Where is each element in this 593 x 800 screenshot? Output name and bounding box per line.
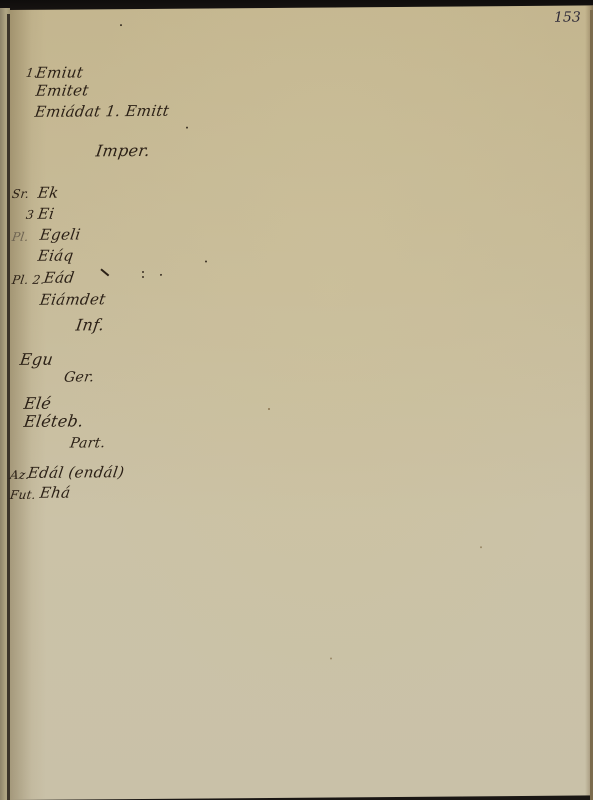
handwritten-line: Edál (endál) <box>27 463 126 482</box>
ink-speck <box>142 276 144 278</box>
handwritten-line: Eád <box>43 268 76 286</box>
section-heading-infinitive: Inf. <box>75 315 106 334</box>
ink-speck <box>160 274 162 276</box>
manuscript-page: 153 1. Emiut Emitet Emiádat 1. Emitt Imp… <box>10 5 593 800</box>
paper-stain <box>268 408 270 410</box>
line-label: Sr. <box>11 187 30 201</box>
ink-speck <box>142 271 144 273</box>
handwritten-line: Emitet <box>35 81 90 99</box>
section-heading-imperative: Imper. <box>95 141 152 160</box>
handwritten-line: Eléteb. <box>23 411 85 430</box>
section-heading-gerund: Ger. <box>63 369 96 385</box>
handwritten-line: Ei <box>37 205 56 223</box>
paper-stain <box>480 546 482 548</box>
handwritten-line: Egu <box>19 350 55 369</box>
line-label: Pl. <box>11 230 30 244</box>
line-label: Fut. <box>9 488 37 502</box>
handwritten-line: Emiádat 1. Emitt <box>34 102 171 121</box>
page-number: 153 <box>554 10 581 26</box>
handwritten-line: Eiámdet <box>39 290 107 309</box>
section-heading-participle: Part. <box>69 435 107 451</box>
ink-speck <box>186 127 188 129</box>
ink-speck <box>120 24 122 26</box>
handwritten-line: Ehá <box>39 484 72 502</box>
line-label: 3 <box>25 208 35 222</box>
ink-speck <box>205 260 207 262</box>
ink-stroke-mark <box>100 269 109 277</box>
paper-stain <box>330 657 332 659</box>
handwritten-line: Egeli <box>39 225 82 243</box>
handwritten-line: Emiut <box>35 63 85 81</box>
handwritten-line: Ek <box>37 184 60 202</box>
line-label: Pl. 2. <box>11 273 46 287</box>
handwritten-line: Eiáq <box>37 246 75 264</box>
handwritten-line: Elé <box>23 394 53 413</box>
